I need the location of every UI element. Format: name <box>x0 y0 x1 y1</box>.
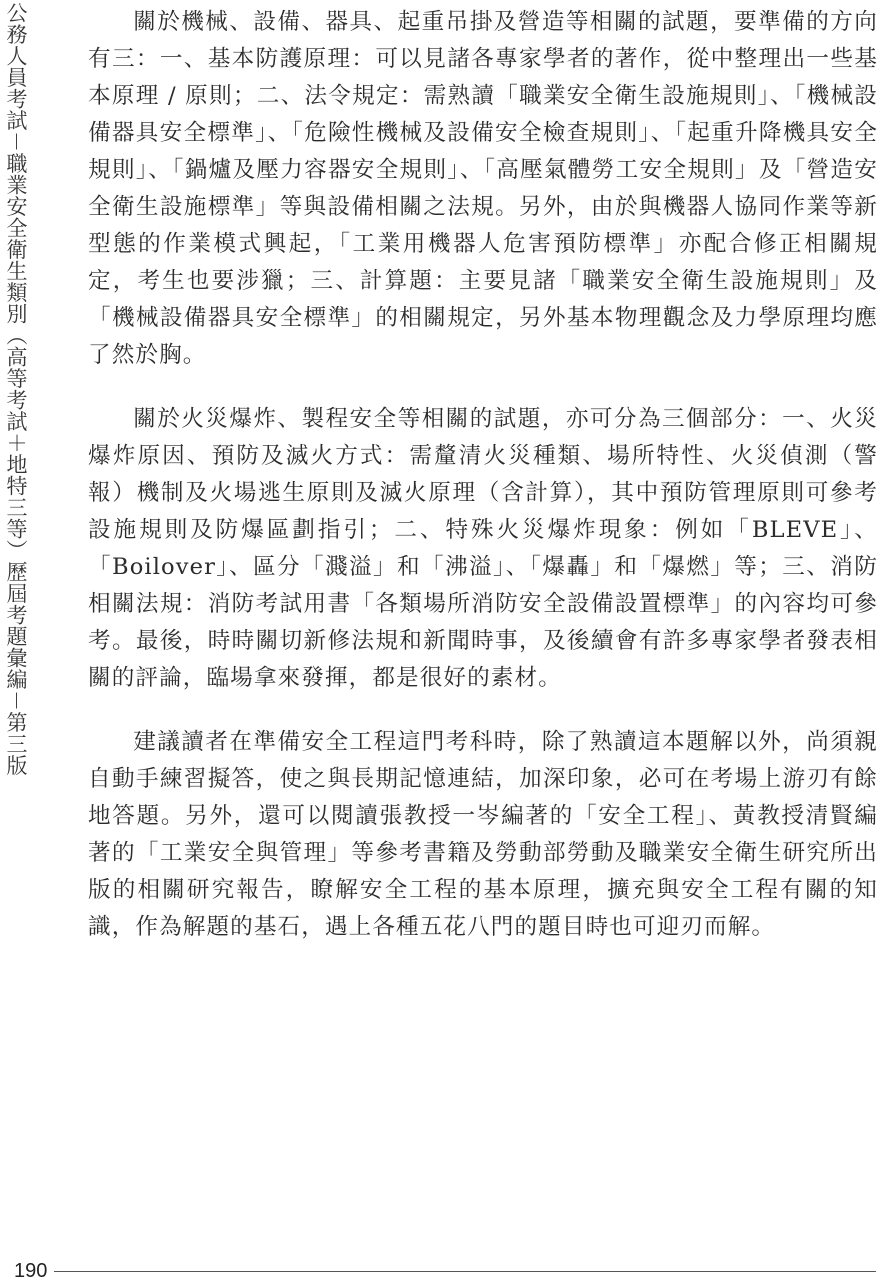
paragraph-study-advice: 建議讀者在準備安全工程這門考科時，除了熟讀這本題解以外，尚須親自動手練習擬答，使… <box>88 724 878 946</box>
running-book-title: 公務人員考試－職業安全衛生類別（高等考試＋地特三等）歷屆考題彙編－第三版 <box>3 2 29 776</box>
page-number: 190 <box>14 1259 47 1283</box>
paragraph-machinery: 關於機械、設備、器具、起重吊掛及營造等相關的試題，要準備的方向有三：一、基本防護… <box>88 4 878 374</box>
paragraph-fire-explosion: 關於火災爆炸、製程安全等相關的試題，亦可分為三個部分：一、火災爆炸原因、預防及滅… <box>88 401 878 697</box>
body-text: 關於機械、設備、器具、起重吊掛及營造等相關的試題，要準備的方向有三：一、基本防護… <box>88 4 878 973</box>
page-footer: 190 <box>14 1259 876 1283</box>
footer-divider <box>54 1271 876 1272</box>
